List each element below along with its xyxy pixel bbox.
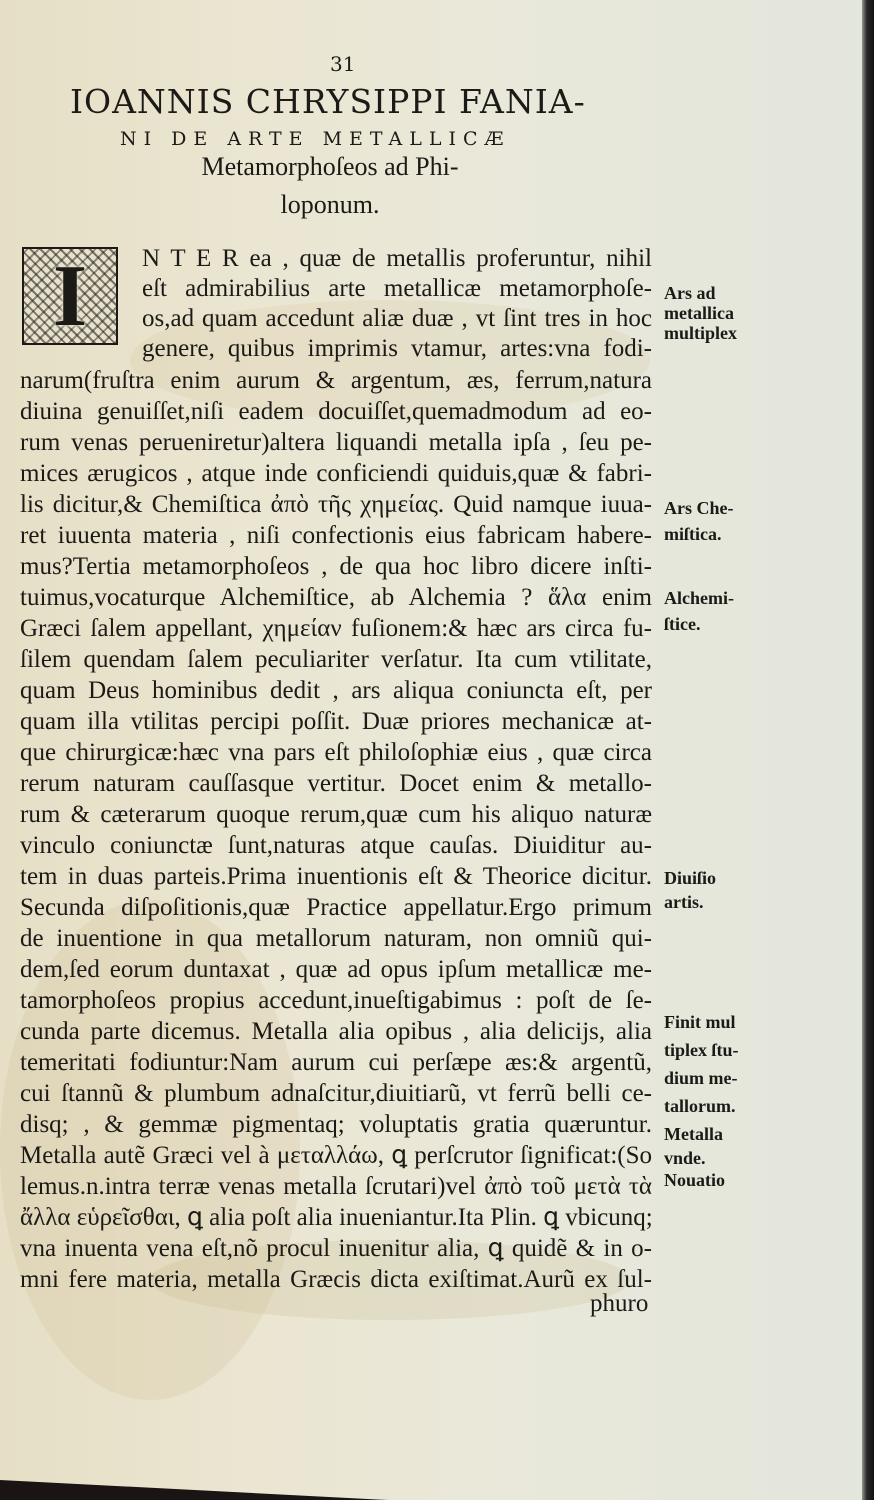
note-line: dium me-: [664, 1068, 739, 1088]
text-line: tuimus,vocaturque Alchemiſtice, ab Alche…: [20, 583, 652, 613]
text-line: os,ad quam accedunt aliæ duæ , vt ſint t…: [142, 304, 652, 334]
note-line: Ars Che-: [664, 498, 734, 518]
text-line: mni fere materia, metalla Græcis dicta e…: [20, 1265, 652, 1295]
text-line: temeritati fodiuntur:Nam aurum cui perſæ…: [20, 1048, 652, 1078]
note-line: Alchemi-: [664, 588, 734, 608]
note-line: Diuiſio: [664, 868, 716, 888]
text-line: lemus.n.intra terræ venas metalla ſcruta…: [20, 1172, 652, 1202]
marginal-note: Ars ad metallica multiplex: [664, 283, 737, 343]
marginal-note: Metalla vnde.: [664, 1124, 723, 1168]
text-line: mus?Tertia metamorphoſeos , de qua hoc l…: [20, 552, 652, 582]
text-line: quam illa vtilitas percipi poſſit. Duæ p…: [20, 707, 652, 737]
note-line: Metalla: [664, 1124, 723, 1144]
marginal-note: Ars Che- miſtica.: [664, 498, 734, 544]
note-line: tallorum.: [664, 1096, 739, 1116]
page-edge: [862, 0, 874, 1500]
text-line: eſt admirabilius arte metallicæ metamorp…: [142, 274, 652, 304]
text-line: ſilem quendam ſalem peculiariter verſatu…: [20, 645, 652, 675]
text-line: rum & cæterarum quoque rerum,quæ cum his…: [20, 800, 652, 830]
text-line: Secunda diſpoſitionis,quæ Practice appel…: [20, 893, 652, 923]
page-number: 31: [330, 52, 355, 76]
marginal-note: Diuiſio artis.: [664, 868, 716, 912]
text-line: ret iuuenta materia , niſi confectionis …: [20, 521, 652, 551]
text-line: Græci ſalem appellant, χημείαν fuſionem:…: [20, 614, 652, 644]
text-line: lis dicitur,& Chemiſtica ἀπὸ τῆς χημείας…: [20, 490, 652, 520]
heading-line-3: Metamorphoſeos ad Phi-: [0, 152, 660, 182]
marginal-note: Alchemi- ſtice.: [664, 588, 734, 634]
text-line: dem,ſed eorum duntaxat , quæ ad opus ipſ…: [20, 955, 652, 985]
text-line: tamorphoſeos propius accedunt,inueſtigab…: [20, 986, 652, 1016]
text-line: genere, quibus imprimis vtamur, artes:vn…: [142, 334, 652, 364]
text-line: que chirurgicæ:hæc vna pars eſt philoſop…: [20, 738, 652, 768]
text-line: cunda parte dicemus. Metalla alia opibus…: [20, 1017, 652, 1047]
text-line: narum(fruſtra enim aurum & argentum, æs,…: [20, 366, 652, 396]
text-line: N T E R ea , quæ de metallis proferuntur…: [142, 244, 652, 274]
note-line: tiplex ſtu-: [664, 1040, 739, 1060]
text-line: diuina genuiſſet,niſi eadem docuiſſet,qu…: [20, 397, 652, 427]
text-line: Metalla autẽ Græci vel à μεταλλάω, ꝗ per…: [20, 1141, 652, 1171]
text-line: disq; , & gemmæ pigmentaq; voluptatis gr…: [20, 1110, 652, 1140]
note-line: miſtica.: [664, 524, 734, 544]
text-line: mices ærugicos , atque inde conficiendi …: [20, 459, 652, 489]
note-line: Finit mul: [664, 1012, 739, 1032]
heading-line-4: loponum.: [0, 190, 660, 220]
note-line: artis.: [664, 892, 716, 912]
note-line: vnde.: [664, 1148, 723, 1168]
text-line: rum venas perueniretur)altera liquandi m…: [20, 428, 652, 458]
note-line: metallica: [664, 303, 737, 323]
text-line: ἄλλα εὑρεῖσθαι, ꝗ alia poſt alia inuenia…: [20, 1203, 652, 1233]
text-line: de inuentione in qua metallorum naturam,…: [20, 924, 652, 954]
marginal-note: Finit mul tiplex ſtu- dium me- tallorum.: [664, 1012, 739, 1116]
note-line: ſtice.: [664, 614, 734, 634]
drop-cap-letter: I: [24, 249, 116, 343]
note-line: multiplex: [664, 323, 737, 343]
decorated-initial: I: [22, 247, 118, 345]
text-line: tem in duas parteis.Prima inuentionis eſ…: [20, 862, 652, 892]
heading-line-2: NI DE ARTE METALLICÆ: [120, 128, 580, 150]
heading-line-1: IOANNIS CHRYSIPPI FANIA-: [70, 82, 630, 121]
text-line: cui ſtannũ & plumbum adnaſcitur,diuitiar…: [20, 1079, 652, 1109]
book-page: 31 IOANNIS CHRYSIPPI FANIA- NI DE ARTE M…: [0, 0, 862, 1500]
catchword: phuro: [590, 1290, 648, 1318]
text-line: vinculo coniunctæ ſunt,naturas atque cau…: [20, 831, 652, 861]
note-line: Nouatio: [664, 1170, 725, 1190]
text-line: rerum naturam cauſſasque vertitur. Docet…: [20, 769, 652, 799]
note-line: Ars ad: [664, 283, 737, 303]
text-line: quam Deus hominibus dedit , ars aliqua c…: [20, 676, 652, 706]
text-line: vna inuenta vena eſt,nõ procul inuenitur…: [20, 1234, 652, 1264]
marginal-note: Nouatio: [664, 1170, 725, 1190]
